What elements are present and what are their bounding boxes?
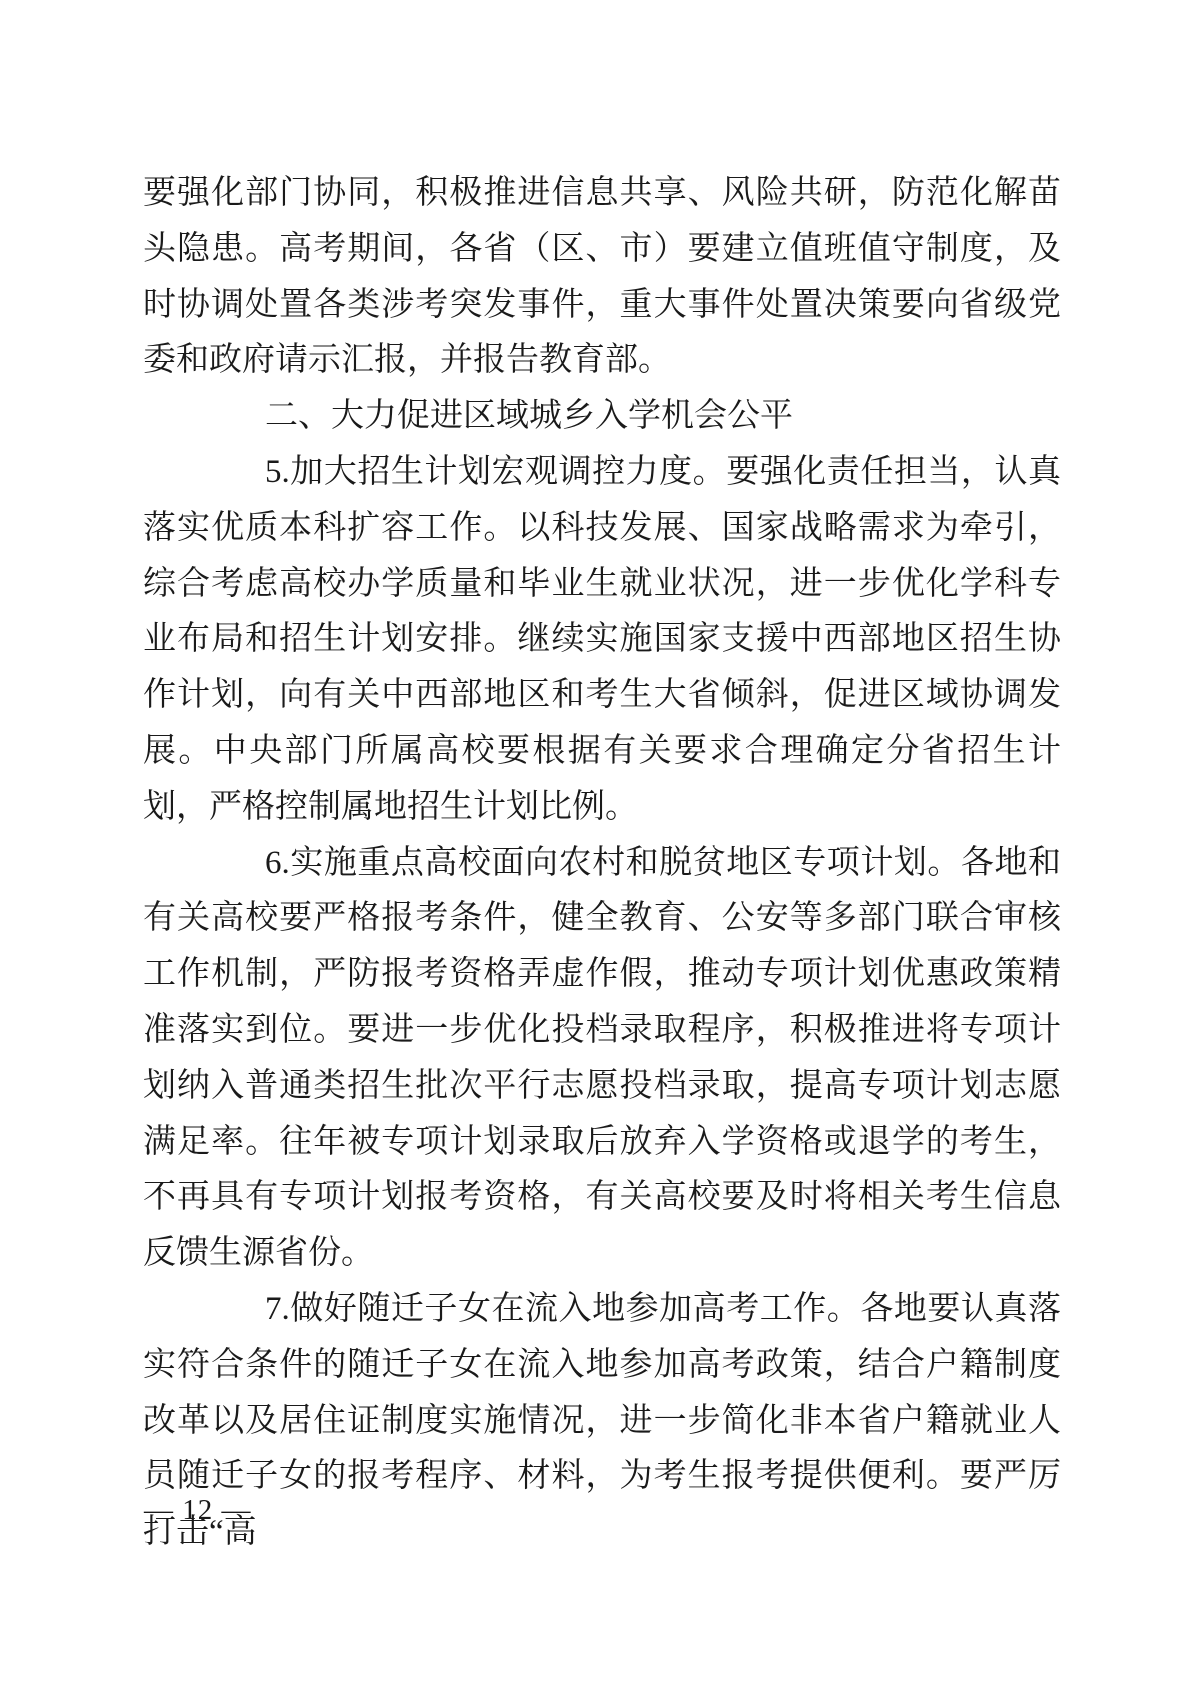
paragraph-continuation: 要强化部门协同，积极推进信息共享、风险共研，防范化解苗头隐患。高考期间，各省（区… [143,166,1061,389]
page-number: — 12 — [144,1494,252,1527]
body-text: 要强化部门协同，积极推进信息共享、风险共研，防范化解苗头隐患。高考期间，各省（区… [143,166,1061,1561]
paragraph-item-5: 5.加大招生计划宏观调控力度。要强化责任担当，认真落实优质本科扩容工作。以科技发… [143,445,1061,836]
paragraph-item-6: 6.实施重点高校面向农村和脱贫地区专项计划。各地和有关高校要严格报考条件，健全教… [143,836,1061,1282]
paragraph-item-7: 7.做好随迁子女在流入地参加高考工作。各地要认真落实符合条件的随迁子女在流入地参… [143,1282,1061,1561]
section-heading: 二、大力促进区域城乡入学机会公平 [143,389,1061,445]
document-page: 要强化部门协同，积极推进信息共享、风险共研，防范化解苗头隐患。高考期间，各省（区… [0,0,1191,1684]
